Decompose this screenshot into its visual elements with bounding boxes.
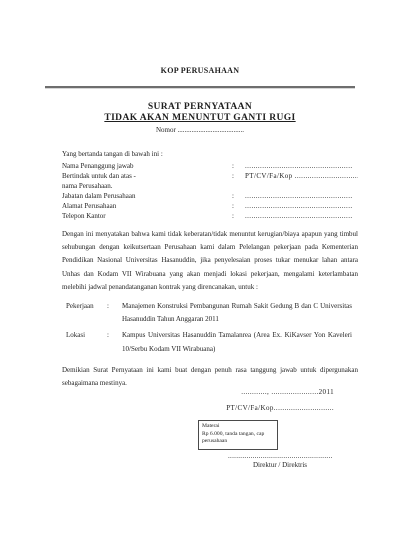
detail-label: Lokasi [66,329,107,355]
letterhead-text: KOP PERUSAHAAN [0,66,400,75]
signature-role-label: Direktur / Direktris [228,461,332,469]
form-value: PT/CV/Fa/Kop ...........................… [245,172,358,182]
body-paragraph: Dengan ini menyatakan bahwa kami tidak k… [62,228,358,294]
document-title-line1: SURAT PERNYATAAN [0,102,400,112]
form-value: ........................................… [245,202,358,212]
form-colon: : [232,202,245,212]
letterhead-divider [45,86,355,89]
detail-value: Kampus Universitas Hasanuddin Tamalanrea… [122,329,352,355]
form-row-bertindak-untuk: Bertindak untuk dan atas - : PT/CV/Fa/Ko… [62,172,358,182]
detail-row-lokasi: Lokasi : Kampus Universitas Hasanuddin T… [66,329,358,355]
form-colon [232,182,245,192]
stamp-instruction-box: Materai Rp 6.000, tanda tangan, cap peru… [198,420,278,450]
document-number-line: Nomor ..................................… [0,126,400,134]
date-line: ............, ......................2011 [62,388,334,396]
form-colon: : [232,172,245,182]
detail-value: Manajemen Konstruksi Pembangunan Rumah S… [122,300,352,326]
stamp-line: perusahaan [202,438,274,446]
detail-colon: : [107,300,122,326]
salutation-line: Yang bertanda tangan di bawah ini : [62,150,163,158]
form-value: ........................................… [245,192,358,202]
detail-colon: : [107,329,122,355]
form-colon: : [232,192,245,202]
stamp-line: Materai [202,423,274,431]
form-label: Alamat Perusahaan [62,202,232,212]
stamp-line: Rp 6.000, tanda tangan, cap [202,431,274,439]
form-label: Bertindak untuk dan atas - [62,172,232,182]
form-label: Nama Penanggung jawab [62,162,232,172]
form-colon: : [232,212,245,222]
form-value: ........................................… [245,162,358,172]
form-row-alamat: Alamat Perusahaan : ....................… [62,202,358,212]
detail-label: Pekerjaan [66,300,107,326]
form-label: Telepon Kantor [62,212,232,222]
form-label: nama Perusahaan. [62,182,232,192]
signature-dotted-line: ........................................… [228,452,332,460]
detail-row-pekerjaan: Pekerjaan : Manajemen Konstruksi Pembang… [66,300,358,326]
document-title-line2: TIDAK AKAN MENUNTUT GANTI RUGI [0,113,400,123]
form-value [245,182,358,192]
form-label: Jabatan dalam Perusahaan [62,192,232,202]
form-colon: : [232,162,245,172]
closing-paragraph: Demikian Surat Pernyataan ini kami buat … [62,364,358,390]
form-row-nama-perusahaan-continuation: nama Perusahaan. [62,182,358,192]
form-value: ........................................… [245,212,358,222]
form-row-nama-penanggung-jawab: Nama Penanggung jawab : ................… [62,162,358,172]
form-row-telepon: Telepon Kantor : .......................… [62,212,358,222]
document-page: KOP PERUSAHAAN SURAT PERNYATAAN TIDAK AK… [0,0,400,550]
company-signature-line: PT/CV/Fa/Kop............................ [62,404,334,412]
work-details-block: Pekerjaan : Manajemen Konstruksi Pembang… [66,300,358,359]
identity-form-block: Nama Penanggung jawab : ................… [62,162,358,221]
form-row-jabatan: Jabatan dalam Perusahaan : .............… [62,192,358,202]
